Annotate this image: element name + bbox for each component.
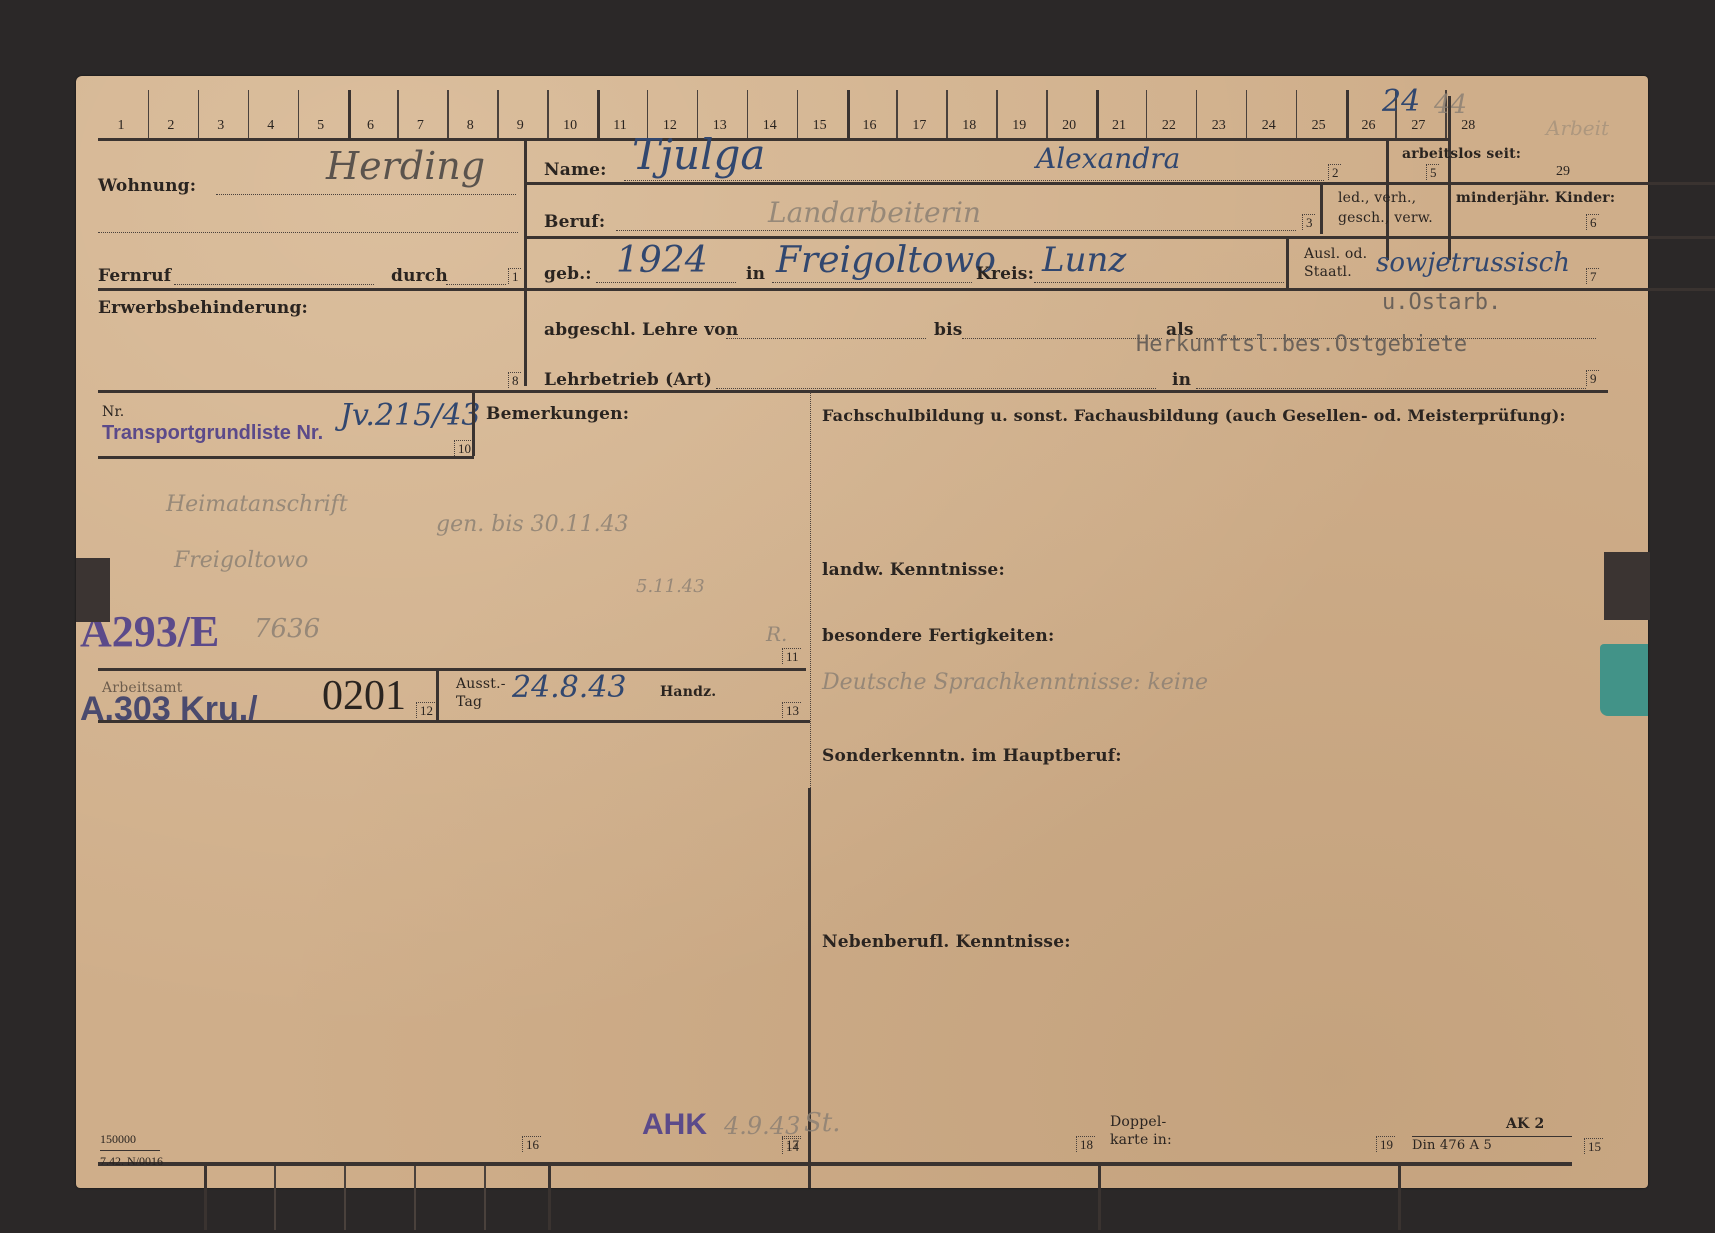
ruler-number: 21 <box>1096 118 1142 134</box>
stamp-a303: A.303 Kru./ <box>80 690 258 729</box>
margin-pencil-note: Arbeit <box>1546 116 1609 140</box>
transport-prefix: Nr. <box>102 404 124 420</box>
kreis-value: Lunz <box>1042 240 1126 280</box>
registration-card: 1234567891011121314151617181920212223242… <box>76 76 1648 1188</box>
ruler-tick <box>298 90 300 138</box>
ruler-tick <box>1096 90 1099 138</box>
ruler-number: 27 <box>1395 118 1441 134</box>
fertigkeiten-label: besondere Fertigkeiten: <box>822 626 1054 646</box>
field-number-17: 17 <box>782 1136 801 1152</box>
ruler-number: 1 <box>98 118 144 134</box>
ruler-tick <box>198 90 200 138</box>
beruf-value: Landarbeiterin <box>768 196 981 229</box>
typed-ostarbeiter: u.Ostarb. <box>1382 290 1501 315</box>
ruler-number: 28 <box>1445 118 1491 134</box>
ahk-stamp: AHK <box>642 1108 707 1142</box>
ruler-number: 16 <box>847 118 893 134</box>
field-number-2: 2 <box>1328 164 1341 180</box>
ruler-number: 18 <box>946 118 992 134</box>
ruler-number: 19 <box>996 118 1042 134</box>
field-number-5: 5 <box>1426 164 1439 180</box>
ruler-number: 6 <box>348 118 394 134</box>
ruler-number: 2 <box>148 118 194 134</box>
wohnung-value: Herding <box>326 144 485 188</box>
ruler-tick <box>1046 90 1048 138</box>
field-number-16: 16 <box>522 1136 541 1152</box>
card-number: 0201 <box>322 672 406 720</box>
arbeitslos-label: arbeitslos seit: <box>1402 146 1521 162</box>
pencil-heimatanschrift: Heimatanschrift <box>166 492 348 517</box>
field-number-29: 29 <box>1556 164 1570 180</box>
field-number-8: 8 <box>508 372 521 388</box>
form-code: AK 2 <box>1506 1116 1544 1132</box>
family-status-line1: led., verh., <box>1338 190 1416 206</box>
print-code: 7.42. N/0016 <box>100 1154 163 1169</box>
name-firstname: Alexandra <box>1036 142 1180 175</box>
doppelkarte-line1: Doppel- <box>1110 1114 1166 1130</box>
field-number-19: 19 <box>1376 1136 1395 1152</box>
ruler-tick <box>1196 90 1198 138</box>
ausst-label-line2: Tag <box>456 694 482 710</box>
ruler-tick <box>597 90 600 138</box>
wohnung-label: Wohnung: <box>98 176 196 196</box>
ruler-tick <box>847 90 850 138</box>
bis-label: bis <box>934 320 963 340</box>
in-label: in <box>746 264 765 284</box>
handz-label: Handz. <box>660 684 716 700</box>
staat-value: sowjetrussisch <box>1376 248 1570 278</box>
pencil-date: 5.11.43 <box>636 576 705 597</box>
ruler-tick <box>248 90 250 138</box>
birthplace: Freigoltowo <box>776 240 996 281</box>
staat-label-line2: Staatl. <box>1304 264 1352 280</box>
lehrbetrieb-label: Lehrbetrieb (Art) <box>544 370 712 390</box>
transport-label-stamp: Transportgrundliste Nr. <box>102 422 323 445</box>
geb-label: geb.: <box>544 264 592 284</box>
field-number-10: 10 <box>454 440 473 456</box>
landw-label: landw. Kenntnisse: <box>822 560 1005 580</box>
print-run: 150000 <box>100 1132 136 1147</box>
ruler-tick <box>946 90 948 138</box>
fernruf-label: Fernruf <box>98 266 171 286</box>
nebenberufl-label: Nebenberufl. Kenntnisse: <box>822 932 1071 952</box>
divider-dotted <box>810 392 811 788</box>
ruler-number: 9 <box>497 118 543 134</box>
punch-tab-right <box>1604 552 1650 620</box>
ruler-tick <box>1246 90 1248 138</box>
ruler-tick <box>397 90 399 138</box>
field-number-11: 11 <box>782 648 801 664</box>
ausst-label-line1: Ausst.- <box>456 676 506 692</box>
erwerbsbehinderung-label: Erwerbsbehinderung: <box>98 298 308 318</box>
stamp-a293-number: 7636 <box>254 614 320 644</box>
ahk-initial: St. <box>804 1108 841 1138</box>
bemerkungen-label: Bemerkungen: <box>486 404 629 424</box>
ruler-number: 26 <box>1346 118 1392 134</box>
ruler-tick <box>896 90 898 138</box>
field-number-6: 6 <box>1586 214 1599 230</box>
transport-number: Jv.215/43 <box>340 398 481 433</box>
pencil-freigoltowo: Freigoltowo <box>174 548 308 573</box>
teal-crayon-mark <box>1600 644 1648 716</box>
name-label: Name: <box>544 160 607 180</box>
kinder-label: minderjähr. Kinder: <box>1456 190 1615 206</box>
pencil-initial: R. <box>766 622 787 646</box>
staat-label-line1: Ausl. od. <box>1304 246 1367 262</box>
ruler-number: 17 <box>896 118 942 134</box>
ruler-number: 8 <box>447 118 493 134</box>
divider-vertical-left <box>524 138 527 386</box>
ruler-tick <box>996 90 998 138</box>
field-number-3: 3 <box>1302 214 1315 230</box>
ruler-number: 4 <box>248 118 294 134</box>
ruler-number: 24 <box>1246 118 1292 134</box>
lehre-label: abgeschl. Lehre von <box>544 320 738 340</box>
field-number-9: 9 <box>1586 370 1599 386</box>
lehrbetrieb-in-label: in <box>1172 370 1191 390</box>
ruler-number: 25 <box>1296 118 1342 134</box>
sonderkenntn-label: Sonderkenntn. im Hauptberuf: <box>822 746 1122 766</box>
din-code: Din 476 A 5 <box>1412 1138 1492 1153</box>
ruler-number: 23 <box>1196 118 1242 134</box>
ausst-date: 24.8.43 <box>512 670 627 705</box>
fachschul-label: Fachschulbildung u. sonst. Fachausbildun… <box>822 406 1566 425</box>
kreis-label: Kreis: <box>976 264 1034 284</box>
ruler-tick <box>1146 90 1148 138</box>
ruler-tick <box>447 90 449 138</box>
ruler-tick <box>148 90 150 138</box>
ruler-tick <box>797 90 799 138</box>
ruler-number: 22 <box>1146 118 1192 134</box>
ruler-number: 7 <box>397 118 443 134</box>
ruler-tick <box>1346 90 1349 138</box>
geb-value: 1924 <box>616 240 708 281</box>
family-status-line2: gesch., verw. <box>1338 210 1433 226</box>
ruler-number: 10 <box>547 118 593 134</box>
ruler-number: 5 <box>298 118 344 134</box>
ruler-number: 3 <box>198 118 244 134</box>
doppelkarte-line2: karte in: <box>1110 1132 1172 1148</box>
ruler-tick <box>1296 90 1298 138</box>
ruler-tick <box>497 90 499 138</box>
field-number-1: 1 <box>508 268 521 284</box>
field-number-12: 12 <box>416 702 435 718</box>
ruler-number: 15 <box>797 118 843 134</box>
field-number-15: 15 <box>1584 1138 1603 1154</box>
typed-herkunftsland: Herkunftsl.bes.Ostgebiete <box>1136 332 1467 357</box>
name-surname: Tjulga <box>632 130 765 179</box>
field-number-13: 13 <box>782 702 801 718</box>
durch-label: durch <box>391 266 448 286</box>
pencil-gen-bis: gen. bis 30.11.43 <box>436 512 629 537</box>
punch-tab-left <box>76 558 110 622</box>
ruler-tick <box>348 90 351 138</box>
ruler-tick <box>547 90 549 138</box>
beruf-label: Beruf: <box>544 212 605 232</box>
ruler-number: 20 <box>1046 118 1092 134</box>
field-number-7: 7 <box>1586 268 1599 284</box>
field-number-18: 18 <box>1076 1136 1095 1152</box>
ruler-handwritten-26: 24 <box>1382 84 1420 119</box>
fertigkeiten-value: Deutsche Sprachkenntnisse: keine <box>822 670 1208 695</box>
